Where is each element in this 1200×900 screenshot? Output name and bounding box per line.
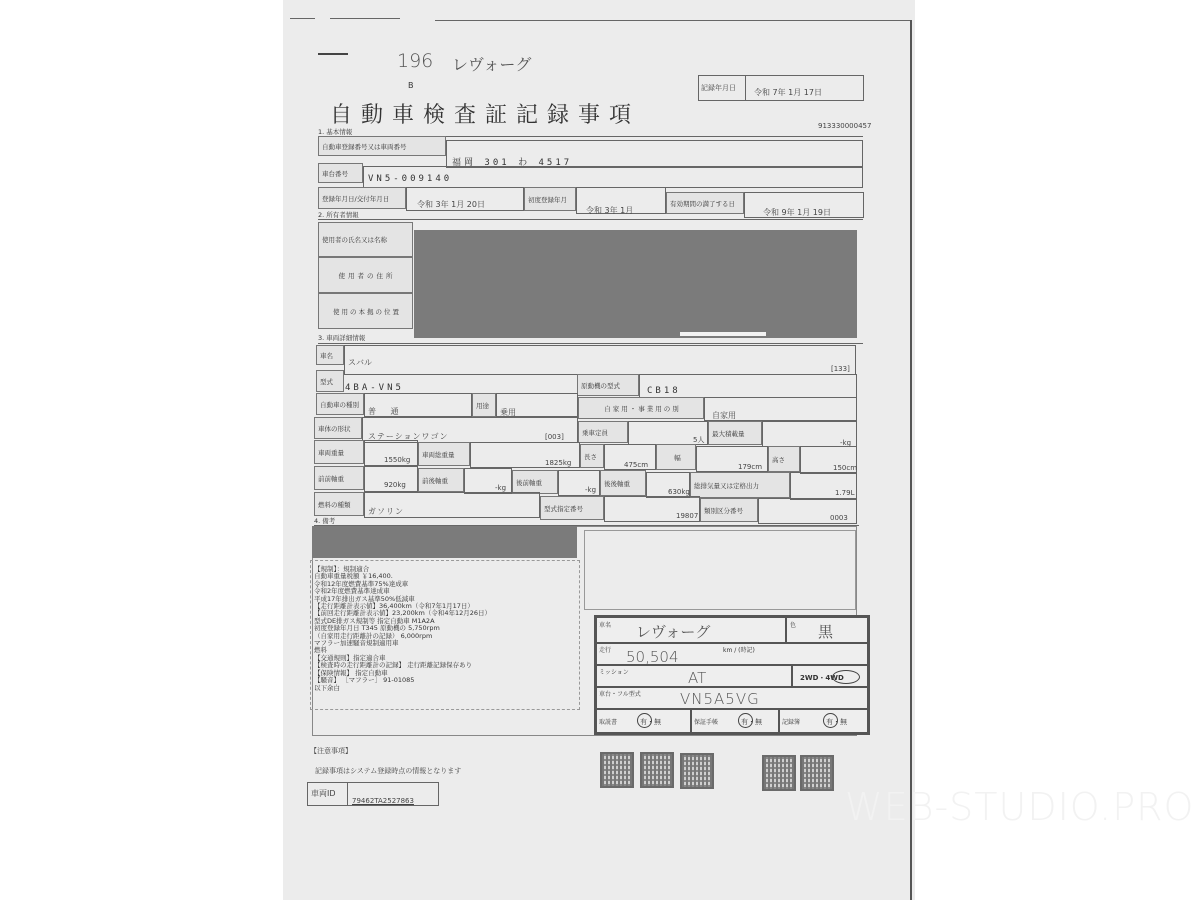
gross-weight-value: 1825kg	[545, 459, 571, 467]
weight-value: 1550kg	[384, 456, 410, 464]
height-label: 高さ	[768, 446, 800, 472]
capacity-label: 乗車定員	[578, 421, 628, 443]
user-name-label: 使用者の氏名又は名称	[318, 222, 413, 257]
width-label: 幅	[656, 444, 696, 470]
top-rule	[435, 20, 910, 21]
card-mileage-unit: km / (時記)	[723, 645, 755, 654]
card-mission-value: AT	[688, 669, 706, 687]
ff-axle-label: 前前軸重	[314, 466, 364, 490]
section4-header: 4. 備考	[314, 516, 859, 526]
note-line: マフラー加速騒音規制適用車	[314, 640, 491, 647]
first-reg-label: 登録年月日/交付年月日	[318, 187, 406, 209]
qr-code	[680, 753, 714, 789]
vehicle-id-value: 79462TA2527863	[352, 797, 414, 805]
handwritten-model-note: レヴォーグ	[452, 52, 531, 75]
card-records-label: 記録簿	[782, 717, 800, 726]
card-model-label: 車台・フル型式	[599, 689, 641, 698]
business-use-label: 自家用・事業用の別	[578, 397, 704, 419]
top-rule	[290, 18, 315, 19]
body-shape-label: 車体の形状	[314, 417, 362, 439]
length-value: 475cm	[624, 461, 648, 469]
record-date-label: 記録年月日	[701, 76, 746, 100]
vehicle-kind-label: 自動車の種別	[316, 393, 364, 415]
card-color-value: 黒	[818, 621, 833, 642]
handwritten-dash	[318, 53, 348, 55]
first-reg-value: 令和 3年 1月 20日	[417, 199, 485, 210]
weight-label: 車両重量	[314, 440, 364, 464]
maker-value: スバル	[348, 357, 372, 368]
card-warranty-label: 保証手帳	[694, 717, 718, 726]
model-label: 型式	[316, 370, 344, 392]
use-label: 用途	[472, 393, 496, 417]
note-line: 以下余白	[314, 685, 491, 692]
note-line: 【騒音】 ［マフラー］ 91-01085	[314, 677, 491, 684]
length-label: 長さ	[580, 444, 604, 468]
grade-mark: B	[408, 81, 414, 90]
card-mission-label: ミッション	[599, 667, 629, 676]
width-value: 179cm	[738, 463, 762, 471]
engine-label: 原動機の型式	[577, 374, 639, 396]
engine-value: CB18	[647, 386, 681, 396]
notice-text: 記録事項はシステム登録時点の情報となります	[315, 766, 461, 776]
record-date-box: 記録年月日 令和 7年 1月 17日	[698, 75, 864, 101]
user-address-label: 使用者の住所	[318, 257, 413, 293]
remarks-notes: 【規制】：規制適合 自動車重量税額 ￥16,400. 令和12年度燃費基準75%…	[314, 566, 491, 692]
fr-axle-label: 前後軸重	[418, 468, 464, 492]
first-reg-ym-label: 初度登録年月	[524, 187, 576, 211]
maker-code: [133]	[831, 365, 850, 373]
vehicle-kind-value: 普 通	[368, 406, 405, 417]
document-title: 自動車検査証記録事項	[330, 98, 640, 129]
height-value: 150cm	[833, 464, 857, 472]
section-rule	[318, 343, 863, 344]
displacement-value: 1.79L	[835, 489, 855, 497]
max-load-label: 最大積載量	[708, 421, 762, 445]
top-rule	[330, 18, 400, 19]
body-shape-code: [003]	[545, 433, 564, 441]
qr-code	[600, 752, 634, 788]
section3-header: 3. 車両詳細情報	[318, 333, 428, 342]
rr-axle-label: 後後軸重	[600, 470, 646, 496]
card-name-value: レヴォーグ	[636, 621, 710, 642]
records-selected-circle	[823, 713, 838, 728]
displacement-label: 総排気量又は定格出力	[690, 472, 790, 498]
remarks-redaction	[312, 526, 577, 558]
drive-selected-circle	[832, 670, 860, 684]
chassis-value: VN5-009140	[368, 174, 452, 184]
redaction-gap	[680, 332, 766, 336]
qr-code	[640, 752, 674, 788]
rr-axle-value: 630kg	[668, 488, 690, 496]
fuel-label: 燃料の種類	[314, 492, 364, 516]
maker-label: 車名	[316, 345, 344, 365]
card-mileage-label: 走行	[599, 645, 611, 654]
business-use-value: 自家用	[712, 410, 736, 421]
owner-info-redaction	[414, 230, 857, 338]
model-value: 4BA-VN5	[345, 383, 404, 393]
dealer-sticker-card: 車名 レヴォーグ 色 黒 走行 50,504 km / (時記) ミッション A…	[594, 615, 870, 735]
reg-number-label: 自動車登録番号又は車両番号	[318, 136, 446, 156]
card-mileage-value: 50,504	[626, 648, 679, 666]
section2-header: 2. 所有者情報	[318, 210, 863, 220]
rf-axle-value: -kg	[585, 486, 596, 494]
gross-weight-label: 車両総重量	[418, 442, 470, 466]
warranty-selected-circle	[738, 713, 753, 728]
qr-code	[800, 755, 834, 791]
remarks-empty-box	[584, 530, 856, 610]
vehicle-id-label: 車両ID	[311, 783, 348, 805]
paper-edge	[910, 20, 912, 900]
rf-axle-label: 後前軸重	[512, 470, 558, 494]
card-color-label: 色	[790, 620, 796, 629]
base-location-label: 使用の本拠の位置	[318, 293, 413, 329]
card-model-value: VN5A5VG	[680, 690, 760, 708]
qr-code	[762, 755, 796, 791]
maker-cell	[344, 345, 856, 375]
card-manual-label: 取説書	[599, 717, 617, 726]
card-name-label: 車名	[599, 620, 611, 629]
fr-axle-value: -kg	[495, 484, 506, 492]
watermark: WEB-STUDIO.PRO	[845, 785, 1194, 829]
ff-axle-value: 920kg	[384, 481, 406, 489]
handwritten-stock-number: 196	[397, 50, 433, 72]
manual-selected-circle	[637, 713, 652, 728]
notice-header: 【注意事項】	[310, 746, 352, 756]
chassis-label: 車台番号	[318, 163, 363, 183]
record-date-value: 令和 7年 1月 17日	[754, 87, 822, 98]
